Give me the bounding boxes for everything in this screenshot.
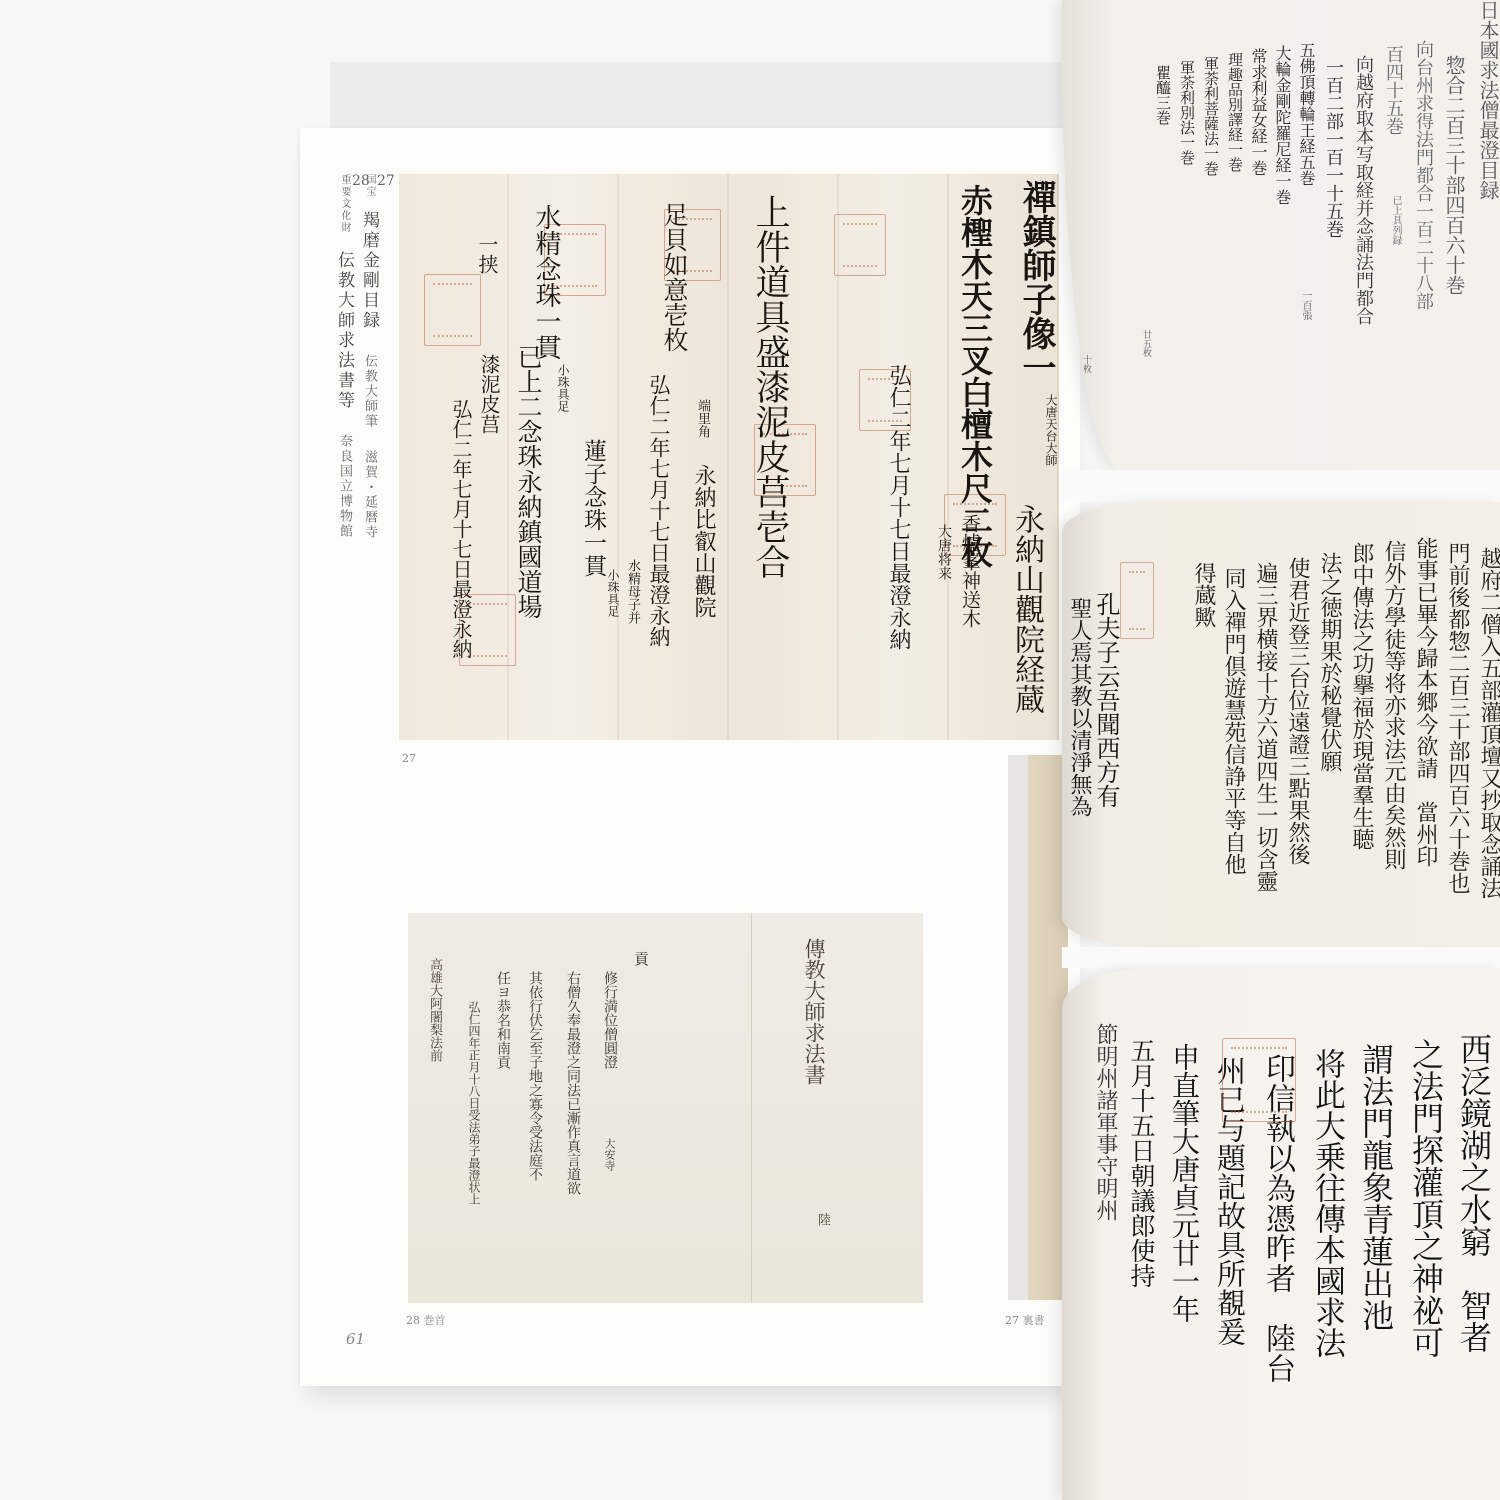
scroll-text-column: 謂法門龍象青蓮出池 <box>1360 1043 1392 1331</box>
calligraphy-note: 端里角 <box>696 399 709 438</box>
caption-28-title: 伝教大師求法書等 <box>335 251 352 411</box>
scroll-text-column: 孔夫子云吾聞西方有 <box>1094 592 1118 808</box>
scroll-text-column: 日本國求法僧最澄目録 <box>1478 0 1498 200</box>
caption-28-designation: 重要文化財 <box>339 174 350 234</box>
seal-mark <box>424 274 481 346</box>
scroll-text-column: 百四十五巻 <box>1384 45 1402 135</box>
caption-28: 28 重要文化財 伝教大師求法書等 奈良国立博物館 <box>335 174 370 539</box>
scroll-text-column: 五月十五日朝議郎使持 <box>1129 1038 1154 1288</box>
plate-27-verso-label: 27 裏書 <box>1005 1312 1045 1328</box>
scroll-text-column: 向越府取本写取経并念誦法門都合 <box>1354 55 1372 325</box>
caption-27-number: 27 <box>377 174 395 188</box>
calligraphy-column: 弘仁四年正月十八日受法弟子最澄状上 <box>468 1001 480 1205</box>
scroll-text-column: 聖人焉其教以清淨無為 <box>1068 597 1090 817</box>
calligraphy-column: 修行満位僧圓澄 <box>603 971 617 1069</box>
calligraphy-column: 永納山觀院経蔵 <box>1011 504 1041 714</box>
scroll-text-column: 法之徳期果於秘覺伏願 <box>1318 552 1340 772</box>
scroll-text-column: 節明州諸軍事守明州 <box>1094 1023 1116 1221</box>
calligraphy-column: 水精念珠一貫 <box>533 204 559 360</box>
scroll-text-column: 申直筆大唐貞元廿一年 <box>1170 1043 1198 1323</box>
scroll-text-column: 郎中傳法之功擧福於現當羣生聴 <box>1350 542 1372 850</box>
scroll-text-column: 西泛鏡湖之水窮 智者 <box>1458 1033 1490 1353</box>
calligraphy-column: 禪鎮師子像一 <box>1019 180 1053 384</box>
calligraphy-column: 漆泥皮莒 <box>479 354 499 434</box>
scroll-text-column: 軍荼利別法一巻 <box>1179 60 1194 165</box>
scroll-leaf-top: 日本國求法僧最澄目録 惣合二百三十部四百六十巻 向台州求得法門都合一百二十八部 … <box>1062 0 1500 470</box>
scroll-text-column: 一百二部一百一十五巻 <box>1324 58 1342 238</box>
calligraphy-note: 小珠具足 <box>557 364 569 412</box>
calligraphy-note: 大唐将来 <box>937 524 951 580</box>
scroll-text-column: 将此大乗往傳本國求法 <box>1311 1048 1342 1358</box>
calligraphy-column: 右僧久奉最澄之同法已漸作真言道欲 <box>566 971 580 1195</box>
plate-27-label: 27 <box>402 752 416 765</box>
scroll-text-column: 之法門探灌頂之神祕可 <box>1410 1038 1442 1358</box>
scroll-text-column: 門前後都惣二百三十部四百六十巻也 <box>1446 542 1468 894</box>
plate-27-verso-image <box>1008 755 1068 1300</box>
plate-28-label: 28 巻首 <box>406 1312 446 1328</box>
calligraphy-note: 大唐天台大師 <box>1045 394 1057 466</box>
scroll-text-column: 同入禪門倶遊慧苑信諍平等自他 <box>1222 567 1244 875</box>
scroll-leaf-middle: 越府二僧入五部灌頂壇又抄取念誦法 門前後都惣二百三十部四百六十巻也 能事已畢今歸… <box>1062 502 1500 947</box>
caption-28-number: 28 <box>352 174 370 188</box>
facing-page-edge <box>330 62 1090 132</box>
scroll-text-column: 理趣品別譯経一巻 <box>1227 52 1242 172</box>
calligraphy-column: 弘仁二年七月十七日最澄永納 <box>451 399 471 659</box>
calligraphy-note: 大安寺 <box>604 1138 615 1171</box>
calligraphy-column: 一挟 <box>477 234 497 274</box>
calligraphy-column: 高雄大阿闍梨法前 <box>428 958 441 1062</box>
calligraphy-column: 已上二念珠永納鎮國道場 <box>516 344 541 619</box>
calligraphy-note: 水精母子并 <box>626 559 639 624</box>
scroll-text-column: 大輪金剛陀羅尼経一巻 <box>1274 45 1290 205</box>
scroll-text-column: 越府二僧入五部灌頂壇又抄取念誦法 <box>1478 547 1500 899</box>
calligraphy-note: 陸 <box>816 1213 829 1226</box>
scroll-text-column: 使君近登三台位遠證三點果然後 <box>1286 557 1308 865</box>
seal-mark <box>834 214 886 276</box>
calligraphy-column: 貢 <box>633 951 648 966</box>
calligraphy-column: 任ヨ恭名和南貢 <box>496 971 510 1069</box>
leaf-gap <box>1062 947 1500 968</box>
calligraphy-column: 傳教大師求法書 <box>803 938 824 1085</box>
scroll-note: 十枚 <box>1081 355 1090 373</box>
scroll-note: 已上具列録 <box>1390 195 1400 245</box>
plate-27-image: 禪鎮師子像一 大唐天台大師 永納山觀院経蔵 赤檉木天三叉白檀木尺二枚 香爐峯神送… <box>399 174 1059 740</box>
calligraphy-column: 赤檉木天三叉白檀木尺二枚 <box>959 184 991 568</box>
calligraphy-column: 永納比叡山觀院 <box>692 464 714 618</box>
caption-28-location: 奈良国立博物館 <box>338 434 351 539</box>
scroll-note: 廿五枚 <box>1141 330 1150 357</box>
scroll-text-column: 軍荼利菩薩法一巻 <box>1203 56 1218 176</box>
scroll-note: 一百張 <box>1300 290 1310 320</box>
scroll-text-column: 五佛頂轉輪王経五巻 <box>1298 42 1314 186</box>
calligraphy-note: 小珠具足 <box>607 569 619 617</box>
calligraphy-column: 弘仁二年七月十七日最澄永納 <box>887 364 909 650</box>
scroll-text-column: 信外方學徒等将亦求法元由矣然則 <box>1382 540 1404 870</box>
paper-seam <box>751 913 752 1303</box>
seal-mark <box>1222 1038 1296 1122</box>
calligraphy-column: 上件道具盛漆泥皮莒壱合 <box>752 194 787 579</box>
calligraphy-column: 蓮子念珠一貫 <box>581 439 604 577</box>
calligraphy-note: 香爐峯神送木 <box>960 514 979 628</box>
scroll-text-column: 瞿醯三巻 <box>1155 65 1170 125</box>
page-number: 61 <box>346 1330 365 1348</box>
scroll-text-column: 惣合二百三十部四百六十巻 <box>1444 55 1464 295</box>
calligraphy-column: 弘仁二年七月十七日最澄永納 <box>648 374 669 647</box>
leaf-gap <box>1062 470 1500 502</box>
scroll-text-column: 能事已畢今歸本郷今欲請 當州印 <box>1414 537 1436 867</box>
scroll-text-column: 向台州求得法門都合一百二十八部 <box>1414 40 1432 310</box>
seal-mark <box>1120 562 1154 639</box>
scroll-text-column: 遍三界横接十方六道四生一切含靈 <box>1254 562 1276 892</box>
plate-28-image: 傳教大師求法書 陸 貢 修行満位僧圓澄 大安寺 右僧久奉最澄之同法已漸作真言道欲… <box>408 913 923 1303</box>
scroll-text-column: 常求利益女経一巻 <box>1250 48 1266 176</box>
scroll-leaf-bottom: 西泛鏡湖之水窮 智者 之法門探灌頂之神祕可 謂法門龍象青蓮出池 将此大乗往傳本國… <box>1062 968 1500 1500</box>
calligraphy-column: 其依行伏乞至子地之寡令受法庭不 <box>528 971 542 1181</box>
calligraphy-column: 足貝如意壱枚 <box>662 202 687 352</box>
scroll-text-column: 得蔵歟 <box>1192 562 1214 628</box>
